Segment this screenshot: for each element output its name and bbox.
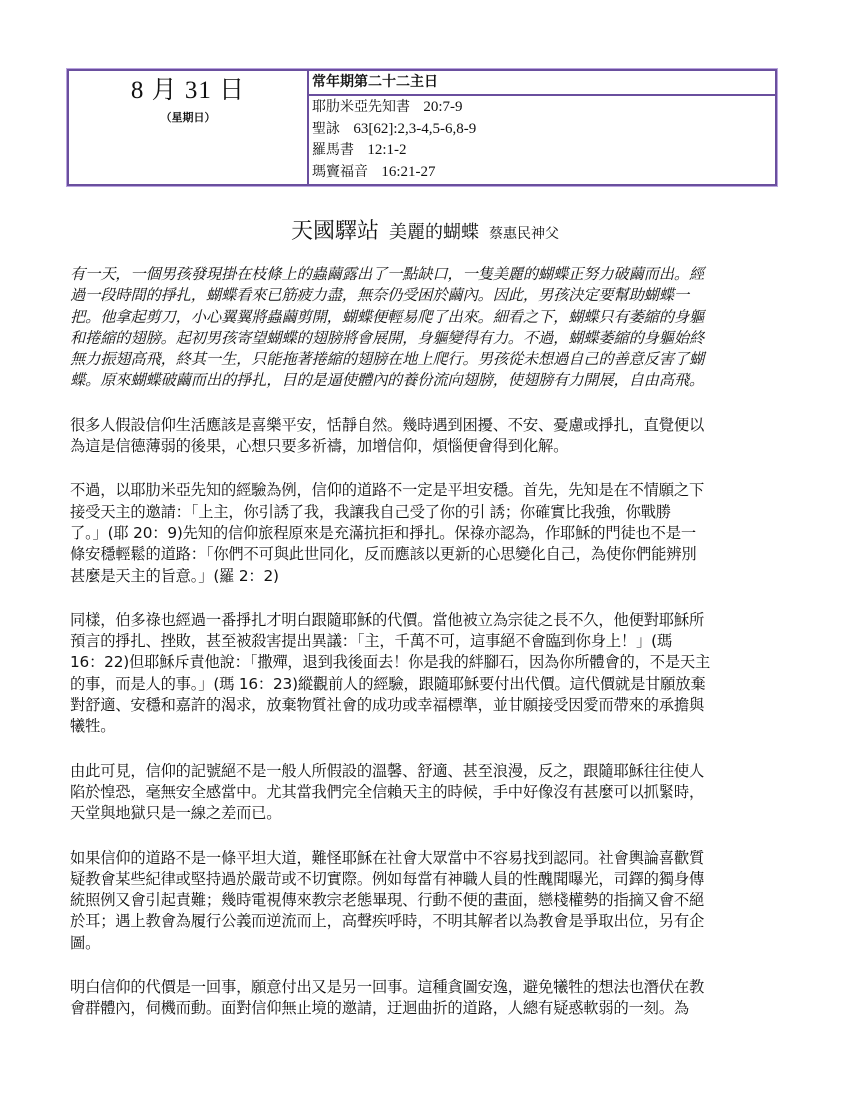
text-line: 條安穩輕鬆的道路：「你們不可與此世同化，反而應該以更新的心思變化自己，為使你們能… [70,544,790,565]
readings-list: 耶肋米亞先知書 20:7-9 聖詠 63[62]:2,3-4,5-6,8-9 羅… [309,96,775,183]
reading-ref: 16:21-27 [381,164,435,180]
reading-book: 聖詠 [312,121,340,137]
paragraph-story: 有一天，一個男孩發現掛在枝條上的蟲繭露出了一點缺口，一隻美麗的蝴蝶正努力破繭而出… [70,264,790,392]
reading-book: 瑪竇福音 [312,164,368,180]
column-name: 天國驛站 [291,219,379,244]
text-line: 為這是信德薄弱的後果，心想只要多祈禱，加增信仰，煩惱便會得到化解。 [70,436,790,457]
reading-book: 耶肋米亞先知書 [312,99,410,115]
text-line: 把。他拿起剪刀，小心翼翼將蟲繭剪開，蝴蝶便輕易爬了出來。細看之下，蝴蝶只有萎縮的… [70,307,790,328]
paragraph: 很多人假設信仰生活應該是喜樂平安，恬靜自然。幾時遇到困擾、不安、憂慮或掙扎，直覺… [70,415,790,458]
reading-ref: 63[62]:2,3-4,5-6,8-9 [353,121,476,137]
reading-psalm: 聖詠 63[62]:2,3-4,5-6,8-9 [312,119,775,141]
text-line: 同樣，伯多祿也經過一番掙扎才明白跟隨耶穌的代價。當他被立為宗徒之長不久，他便對耶… [70,610,790,631]
text-line: 過一段時間的掙扎，蝴蝶看來已筋疲力盡，無奈仍受困於繭內。因此，男孩決定要幫助蝴蝶… [70,285,790,306]
text-line: 如果信仰的道路不是一條平坦大道，難怪耶穌在社會大眾當中不容易找到認同。社會輿論喜… [70,848,790,869]
date-cell: 8 月 31 日 （星期日） [69,71,309,184]
weekday: （星期日） [69,109,307,125]
article-body: 有一天，一個男孩發現掛在枝條上的蟲繭露出了一點缺口，一隻美麗的蝴蝶正努力破繭而出… [70,264,790,1043]
paragraph: 明白信仰的代價是一回事，願意付出又是另一回事。這種貪圖安逸，避免犧牲的想法也潛伏… [70,977,790,1020]
paragraph: 同樣，伯多祿也經過一番掙扎才明白跟隨耶穌的代價。當他被立為宗徒之長不久，他便對耶… [70,610,790,738]
paragraph: 如果信仰的道路不是一條平坦大道，難怪耶穌在社會大眾當中不容易找到認同。社會輿論喜… [70,848,790,954]
text-line: 蝶。原來蝴蝶破繭而出的掙扎，目的是逼使體內的養份流向翅膀，使翅膀有力開展，自由高… [70,370,790,391]
text-line: 天堂與地獄只是一線之差而已。 [70,803,790,824]
text-line: 很多人假設信仰生活應該是喜樂平安，恬靜自然。幾時遇到困擾、不安、憂慮或掙扎，直覺… [70,415,790,436]
article-name: 美麗的蝴蝶 [389,222,479,243]
text-line: 了。」(耶 20：9)先知的信仰旅程原來是充滿抗拒和掙扎。保祿亦認為，作耶穌的門… [70,523,790,544]
reading-ref: 20:7-9 [423,99,462,115]
text-line: 明白信仰的代價是一回事，願意付出又是另一回事。這種貪圖安逸，避免犧牲的想法也潛伏… [70,977,790,998]
text-line: 無力振翅高飛，終其一生，只能拖著捲縮的翅膀在地上爬行。男孩從未想過自己的善意反害… [70,349,790,370]
article-title: 天國驛站美麗的蝴蝶蔡惠民神父 [0,214,850,245]
reading-gospel: 瑪竇福音 16:21-27 [312,162,775,184]
author-name: 蔡惠民神父 [489,226,559,242]
text-line: 預言的掙扎、挫敗，甚至被殺害提出異議：「主，千萬不可，這事絕不會臨到你身上！」(… [70,631,790,652]
text-line: 統照例又會引起責難；幾時電視傳來教宗老態畢現、行動不便的畫面，戀棧權勢的指摘又會… [70,890,790,911]
text-line: 會群體內，伺機而動。面對信仰無止境的邀請，迂迴曲折的道路，人總有疑惑軟弱的一刻。… [70,998,790,1019]
reading-first: 耶肋米亞先知書 20:7-9 [312,97,775,119]
text-line: 於耳；遇上教會為履行公義而逆流而上，高聲疾呼時，不明其解者以為教會是爭取出位，另… [70,911,790,932]
readings-cell: 常年期第二十二主日 耶肋米亞先知書 20:7-9 聖詠 63[62]:2,3-4… [309,71,775,184]
text-line: 接受天主的邀請：「上主，你引誘了我，我讓我自己受了你的引 誘；你確實比我強，你戰… [70,502,790,523]
liturgical-occasion: 常年期第二十二主日 [309,71,775,96]
text-line: 有一天，一個男孩發現掛在枝條上的蟲繭露出了一點缺口，一隻美麗的蝴蝶正努力破繭而出… [70,264,790,285]
text-line: 由此可見，信仰的記號絕不是一般人所假設的溫馨、舒適、甚至浪漫，反之，跟隨耶穌往往… [70,761,790,782]
text-line: 甚麼是天主的旨意。」(羅 2：2) [70,566,790,587]
text-line: 疑教會某些紀律或堅持過於嚴苛或不切實際。例如每當有神職人員的性醜聞曝光，司鐸的獨… [70,869,790,890]
text-line: 對舒適、安穩和嘉許的渴求，放棄物質社會的成功或幸福標準，並甘願接受因愛而帶來的承… [70,695,790,716]
paragraph: 不過，以耶肋米亞先知的經驗為例，信仰的道路不一定是平坦安穩。首先，先知是在不情願… [70,480,790,586]
reading-book: 羅馬書 [312,142,354,158]
text-line: 16：22)但耶穌斥責他說：「撒殫，退到我後面去！你是我的絆腳石，因為你所體會的… [70,652,790,673]
reading-second: 羅馬書 12:1-2 [312,140,775,162]
text-line: 的事，而是人的事。」(瑪 16：23)縱觀前人的經驗，跟隨耶穌要付出代價。這代價… [70,674,790,695]
reading-ref: 12:1-2 [367,142,406,158]
date: 8 月 31 日 [69,77,307,105]
text-line: 犧牲。 [70,716,790,737]
text-line: 和捲縮的翅膀。起初男孩寄望蝴蝶的翅膀將會展開，身軀變得有力。不過，蝴蝶萎縮的身軀… [70,328,790,349]
paragraph: 由此可見，信仰的記號絕不是一般人所假設的溫馨、舒適、甚至浪漫，反之，跟隨耶穌往往… [70,761,790,825]
text-line: 不過，以耶肋米亞先知的經驗為例，信仰的道路不一定是平坦安穩。首先，先知是在不情願… [70,480,790,501]
liturgy-header-box: 8 月 31 日 （星期日） 常年期第二十二主日 耶肋米亞先知書 20:7-9 … [67,69,777,186]
text-line: 陷於惶恐，毫無安全感當中。尤其當我們完全信賴天主的時候，手中好像沒有甚麼可以抓緊… [70,782,790,803]
text-line: 圖。 [70,933,790,954]
